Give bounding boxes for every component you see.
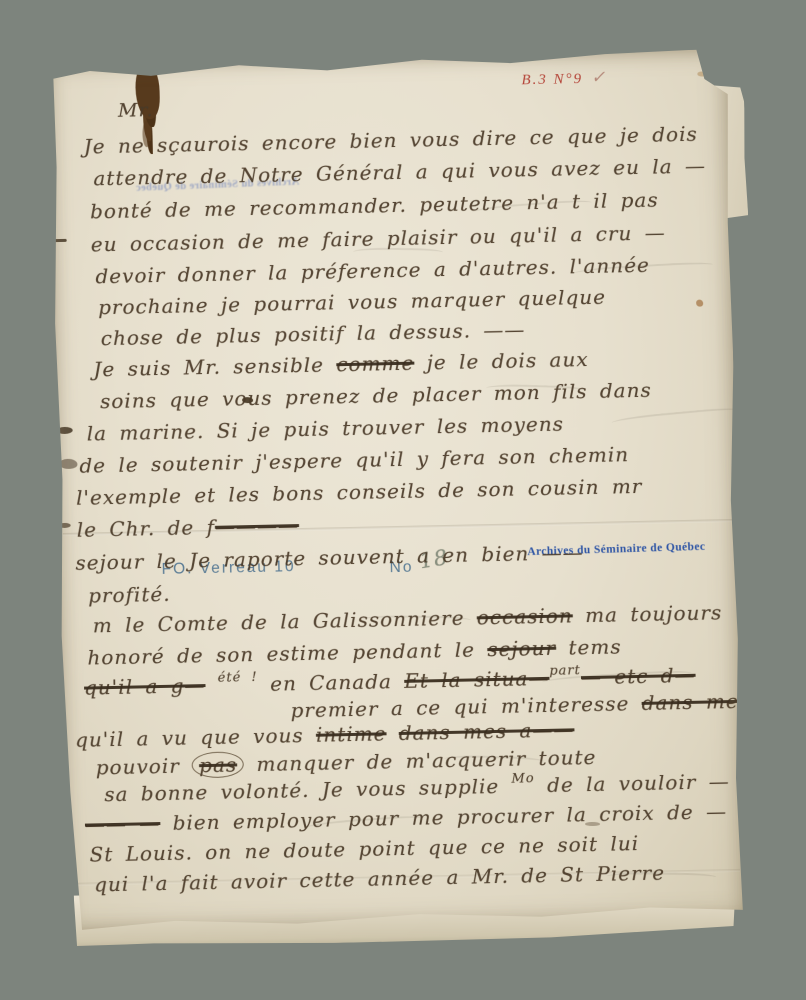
margin-dash	[59, 523, 71, 528]
letter-line: de le soutenir j'espere qu'il y fera son…	[79, 442, 629, 478]
struck-text: qu'il a g—	[84, 673, 206, 700]
check-mark: ✓	[591, 68, 608, 87]
inserted-text: été !	[218, 670, 258, 686]
letter-text: honoré de son estime pendant le	[87, 637, 487, 669]
letter-text: de le soutenir j'espere qu'il y fera son…	[79, 442, 629, 478]
letter-line: Je ne sçaurois encore bien vous dire ce …	[83, 122, 697, 159]
letter-text: soins que vous prenez de placer mon fils…	[100, 378, 652, 414]
letter-text: l'exemple et les bons conseils de son co…	[76, 474, 643, 510]
letter-line: qui l'a fait avoir cette année a Mr. de …	[94, 860, 665, 896]
letter-line: chose de plus positif la dessus. ——	[101, 317, 526, 350]
struck-text: — etc d—	[581, 663, 696, 689]
archival-code-text: B.3 N°9	[521, 71, 583, 88]
letter-line: Je suis Mr. sensible comme je le dois au…	[93, 347, 589, 381]
letter-text: tems	[556, 634, 622, 659]
letter-text: le Chr. de f	[77, 515, 216, 542]
letter-text: m le Comte de la Galissonniere	[93, 605, 478, 637]
letter-salutation: Mr.	[118, 99, 154, 122]
letter-text: profité.	[88, 582, 171, 608]
letter-text	[205, 673, 218, 697]
letter-line: sejour le Je raporte souvent a en bien —…	[75, 540, 584, 575]
struck-text: comme	[336, 351, 415, 377]
letter-text: bien employer pour me procurer la croix …	[160, 799, 727, 835]
struck-text: intime	[316, 721, 387, 746]
letter-text: manquer de m'acquerir toute	[244, 745, 597, 776]
letter-line: bonté de me recommander. peutetre n'a t …	[90, 187, 659, 223]
bleedthrough-stroke	[611, 406, 741, 429]
letter-line: St Louis. on ne doute point que ce ne so…	[89, 831, 639, 867]
letter-line: prochaine je pourrai vous marquer quelqu…	[98, 285, 606, 320]
letter-text: je le dois aux	[414, 347, 589, 375]
letter-text: pouvoir	[95, 753, 192, 779]
letter-text: St Louis. on ne doute point que ce ne so…	[89, 831, 639, 867]
letter-line: profité.	[88, 582, 171, 608]
letter-text: Je ne sçaurois encore bien vous dire ce …	[83, 122, 697, 159]
letter-text: la marine. Si je puis trouver les moyens	[86, 411, 564, 445]
letter-line: la marine. Si je puis trouver les moyens	[86, 411, 564, 445]
letter-line: l'exemple et les bons conseils de son co…	[76, 474, 643, 510]
letter-text	[386, 721, 399, 745]
letter-text: en Canada	[258, 669, 405, 696]
margin-dash	[57, 427, 73, 434]
letter-line: devoir donner la préference a d'autres. …	[95, 253, 650, 289]
struck-text: ————	[215, 513, 299, 539]
letter-body: Je ne sçaurois encore bien vous dire ce …	[49, 49, 727, 63]
circled-text: pas	[192, 751, 245, 778]
struck-text: sejour	[487, 636, 556, 661]
letter-text: sejour le Je raporte souvent a en bien —…	[75, 540, 584, 575]
margin-dash	[53, 239, 67, 242]
letter-text: premier a ce qui m'interesse	[290, 691, 642, 722]
letter-line: attendre de Notre Général a qui vous ave…	[93, 153, 706, 190]
struck-text: dans mes a—	[641, 688, 745, 715]
rust-stain	[696, 300, 703, 307]
letter-line: m le Comte de la Galissonniere occasion …	[93, 600, 723, 637]
letter-text: bonté de me recommander. peutetre n'a t …	[90, 187, 659, 223]
letter-line: honoré de son estime pendant le sejour t…	[87, 634, 622, 669]
letter-text: ma toujours	[573, 600, 723, 627]
letter-text: Je suis Mr. sensible	[93, 352, 336, 381]
letter-text: qui l'a fait avoir cette année a Mr. de …	[94, 860, 665, 896]
inserted-text: Mo	[511, 771, 534, 786]
letter-text: devoir donner la préference a d'autres. …	[95, 253, 650, 289]
letter-line: soins que vous prenez de placer mon fils…	[100, 378, 652, 414]
letter-text: qu'il a vu que vous	[75, 723, 316, 752]
struck-text: Et la situa—	[404, 666, 550, 693]
letter-page: B.3 N°9✓ Archives du Séminaire de Québec…	[49, 49, 745, 931]
letter-text: prochaine je pourrai vous marquer quelqu…	[98, 285, 606, 320]
struck-text: occasion	[477, 603, 573, 629]
photo-background: B.3 N°9✓ Archives du Séminaire de Québec…	[0, 0, 806, 1000]
struck-text: —— —	[85, 811, 161, 837]
letter-text: sa bonne volonté. Je vous supplie	[104, 774, 512, 807]
letter-text: attendre de Notre Général a qui vous ave…	[93, 153, 706, 190]
struck-text: dans mes a——	[399, 717, 575, 745]
letter-text: chose de plus positif la dessus. ——	[101, 317, 526, 350]
archival-code-annotation: B.3 N°9✓	[521, 68, 607, 90]
letter-line: le Chr. de f————	[77, 513, 300, 542]
letter-text: de la vouloir —	[534, 769, 729, 797]
inserted-text: part	[549, 663, 581, 679]
smudge-stain	[59, 459, 77, 469]
rust-stain	[697, 71, 706, 76]
